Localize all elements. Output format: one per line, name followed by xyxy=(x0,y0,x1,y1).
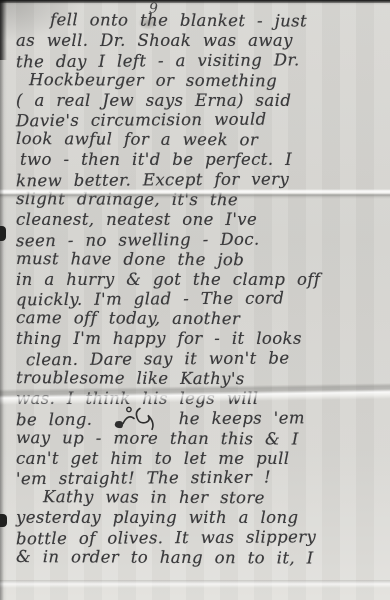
handwriting-line: must have done the job xyxy=(16,249,386,271)
baby-legs-up-doodle xyxy=(114,405,160,431)
handwriting-line: the day I left - a visiting Dr. xyxy=(16,49,386,71)
handwriting-line: fell onto the blanket - just xyxy=(50,10,386,32)
handwriting-line: came off today, another xyxy=(16,308,386,330)
scan-artifact xyxy=(0,514,7,527)
fold-crease-bottom xyxy=(0,580,390,588)
handwriting-line: be long. he keeps 'em xyxy=(16,408,386,430)
handwriting-line: Hockbeurger or something xyxy=(29,70,386,92)
handwriting-line: two - then it'd be perfect. I xyxy=(20,150,386,170)
handwriting-line: look awful for a week or xyxy=(16,129,386,151)
scan-artifact xyxy=(0,226,6,241)
scan-edge-top xyxy=(0,0,390,3)
handwriting-line: can't get him to let me pull xyxy=(16,449,386,469)
letter-scan: 9 fell onto the blanket - justas well. D… xyxy=(0,0,390,600)
handwriting-line: yesterday playing with a long xyxy=(16,508,386,528)
handwriting-segment: he keeps 'em xyxy=(179,408,305,428)
handwriting-line: Davie's circumcision would xyxy=(16,109,386,131)
handwriting-line: way up - more than this & I xyxy=(16,428,386,450)
handwriting-line: quickly. I'm glad - The cord xyxy=(16,288,386,310)
handwriting-line: troublesome like Kathy's xyxy=(16,368,386,390)
handwriting-line: knew better. Except for very xyxy=(16,169,386,191)
handwriting-line: seen - no swelling - Doc. xyxy=(16,229,386,251)
handwriting-line: as well. Dr. Shoak was away xyxy=(16,31,386,51)
handwriting-line: & in order to hang on to it, I xyxy=(16,547,386,569)
handwriting-segment: be long. xyxy=(16,410,93,430)
handwriting-line: Kathy was in her store xyxy=(43,487,386,509)
handwriting-line: in a hurry & got the clamp off xyxy=(16,270,386,290)
handwriting-line: was. I think his legs will xyxy=(16,389,386,409)
handwriting-line: cleanest, neatest one I've xyxy=(16,210,386,230)
scan-edge-left xyxy=(0,0,4,600)
handwriting-line: thing I'm happy for - it looks xyxy=(16,329,386,349)
handwriting-line: ( a real Jew says Erna) said xyxy=(16,91,386,111)
handwriting-line: bottle of olives. It was slippery xyxy=(16,527,386,549)
letter-lines: fell onto the blanket - justas well. Dr.… xyxy=(16,11,386,568)
handwriting-line: slight drainage, it's the xyxy=(16,189,386,211)
handwriting-line: clean. Dare say it won't be xyxy=(26,348,386,370)
